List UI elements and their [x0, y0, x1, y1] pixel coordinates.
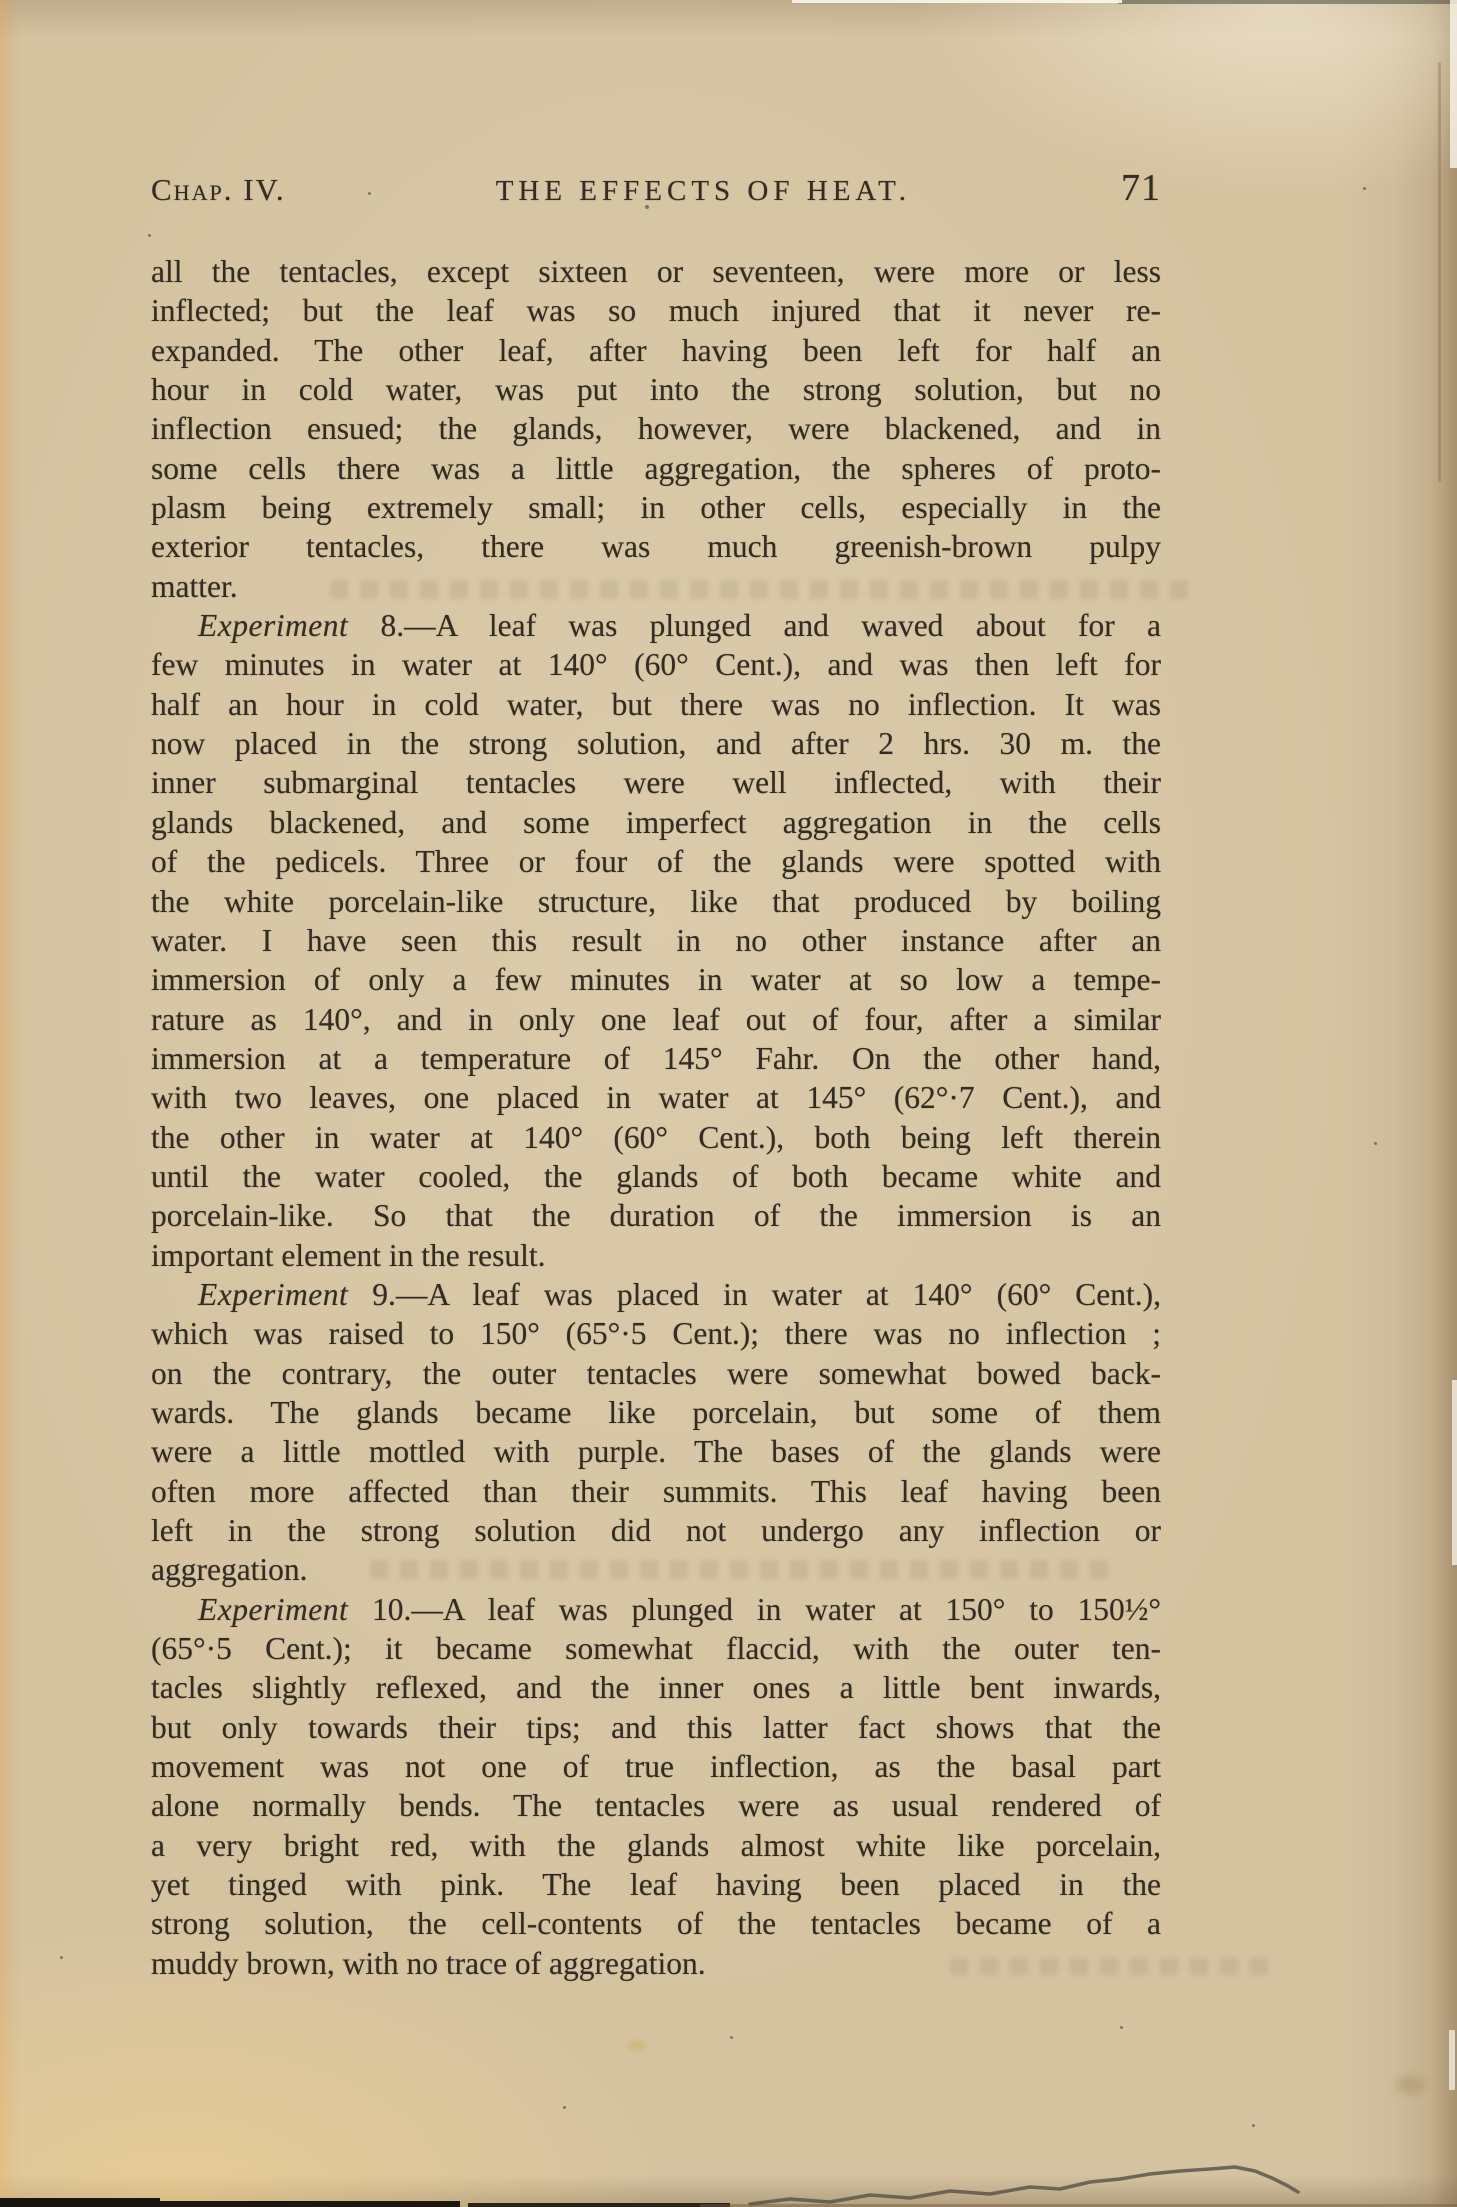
text-line: inner submarginal tentacles were well in… [151, 763, 1161, 802]
text-line: some cells there was a little aggregatio… [151, 449, 1161, 488]
running-title: THE EFFECTS OF HEAT. [286, 175, 1121, 208]
text-line: were a little mottled with purple. The b… [151, 1432, 1161, 1471]
text-line: strong solution, the cell-contents of th… [151, 1904, 1161, 1943]
dust-speck [1252, 2124, 1255, 2127]
text-line: until the water cooled, the glands of bo… [151, 1157, 1161, 1196]
text-line: glands blackened, and some imperfect agg… [151, 803, 1161, 842]
text-line: of the pedicels. Three or four of the gl… [151, 842, 1161, 881]
dust-speck [1374, 1142, 1377, 1145]
dust-speck [730, 2036, 733, 2039]
scan-edge-top-white-sliver [792, 0, 1122, 3]
text-line: inflected; but the leaf was so much inju… [151, 291, 1161, 330]
text-line: immersion of only a few minutes in water… [151, 960, 1161, 999]
text-line: Experiment 10.—A leaf was plunged in wat… [151, 1590, 1161, 1629]
paper-crease [1438, 62, 1441, 482]
text-line: the white porcelain-like structure, like… [151, 882, 1161, 921]
text-line: immersion at a temperature of 145° Fahr.… [151, 1039, 1161, 1078]
dust-speck [1363, 187, 1366, 190]
text-line: tacles slightly reflexed, and the inner … [151, 1668, 1161, 1707]
text-line: wards. The glands became like porcelain,… [151, 1393, 1161, 1432]
text-line: Experiment 8.—A leaf was plunged and wav… [151, 606, 1161, 645]
book-page: Chap. IV. THE EFFECTS OF HEAT. 71 all th… [0, 0, 1457, 2207]
text-line: exterior tentacles, there was much green… [151, 527, 1161, 566]
text-line: a very bright red, with the glands almos… [151, 1826, 1161, 1865]
scan-edge-bottom-bar [0, 2198, 160, 2207]
page-number: 71 [1121, 166, 1161, 210]
chapter-label: Chap. IV. [151, 172, 286, 208]
text-line: aggregation. [151, 1550, 1161, 1589]
text-line: on the contrary, the outer tentacles wer… [151, 1354, 1161, 1393]
text-line: water. I have seen this result in no oth… [151, 921, 1161, 960]
scan-edge-bottom-bar [160, 2201, 460, 2207]
text-line: alone normally bends. The tentacles were… [151, 1786, 1161, 1825]
text-line: inflection ensued; the glands, however, … [151, 409, 1161, 448]
text-line: the other in water at 140° (60° Cent.), … [151, 1118, 1161, 1157]
dust-speck [563, 2106, 566, 2109]
scribble-line [700, 2150, 1340, 2207]
text-line: (65°·5 Cent.); it became somewhat flacci… [151, 1629, 1161, 1668]
text-line: now placed in the strong solution, and a… [151, 724, 1161, 763]
scan-edge-right-sliver-mid [1452, 1380, 1457, 1565]
experiment-label: Experiment [198, 608, 348, 643]
dust-speck [60, 1956, 63, 1959]
text-line: Experiment 9.—A leaf was placed in water… [151, 1275, 1161, 1314]
text-line: rature as 140°, and in only one leaf out… [151, 1000, 1161, 1039]
text-line: plasm being extremely small; in other ce… [151, 488, 1161, 527]
text-line: muddy brown, with no trace of aggregatio… [151, 1944, 1161, 1983]
scan-edge-right-sliver-top [1450, 0, 1457, 168]
text-line: porcelain-like. So that the duration of … [151, 1196, 1161, 1235]
text-line: left in the strong solution did not unde… [151, 1511, 1161, 1550]
text-line: important element in the result. [151, 1236, 1161, 1275]
text-line: yet tinged with pink. The leaf having be… [151, 1865, 1161, 1904]
text-line: with two leaves, one placed in water at … [151, 1078, 1161, 1117]
scan-edge-top-dark [1118, 0, 1457, 4]
text-line: which was raised to 150° (65°·5 Cent.); … [151, 1314, 1161, 1353]
text-line: often more affected than their summits. … [151, 1472, 1161, 1511]
text-line: half an hour in cold water, but there wa… [151, 685, 1161, 724]
text-line: movement was not one of true inflection,… [151, 1747, 1161, 1786]
running-head: Chap. IV. THE EFFECTS OF HEAT. 71 [151, 166, 1161, 210]
experiment-label: Experiment [198, 1277, 348, 1312]
paper-stain [628, 2040, 646, 2051]
text-line: expanded. The other leaf, after having b… [151, 331, 1161, 370]
text-line: hour in cold water, was put into the str… [151, 370, 1161, 409]
text-line: but only towards their tips; and this la… [151, 1708, 1161, 1747]
scan-edge-right-sliver-low [1449, 2030, 1455, 2090]
paper-smudge [1396, 2076, 1426, 2094]
text-line: all the tentacles, except sixteen or sev… [151, 252, 1161, 291]
text-line: matter. [151, 567, 1161, 606]
scan-edge-bottom-bar [468, 2203, 730, 2207]
dust-speck [1120, 2026, 1123, 2029]
dust-speck [148, 234, 151, 237]
text-line: few minutes in water at 140° (60° Cent.)… [151, 645, 1161, 684]
experiment-label: Experiment [198, 1592, 348, 1627]
text-column: all the tentacles, except sixteen or sev… [151, 252, 1161, 1983]
